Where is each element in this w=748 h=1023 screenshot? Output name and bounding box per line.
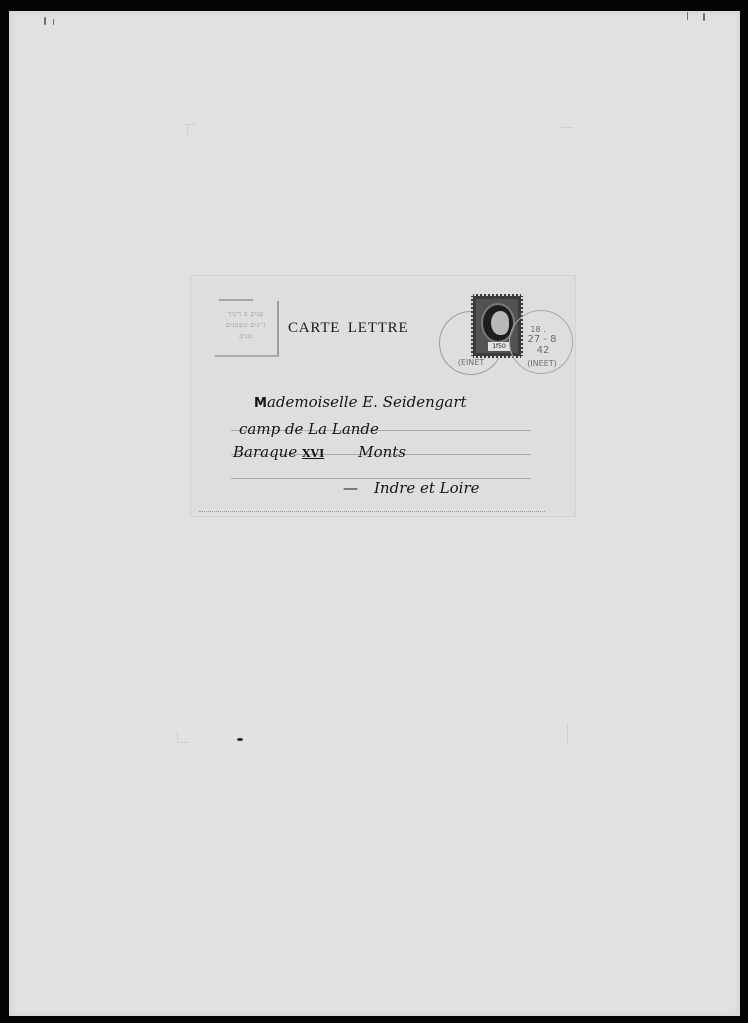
postmark-left-text: (EINET bbox=[446, 358, 496, 367]
postmark-right-bottom: (INEET) bbox=[514, 359, 570, 368]
address-barrack-number: XVI bbox=[302, 447, 324, 460]
address-dash: — bbox=[343, 479, 358, 497]
address-line-region: —Indre et Loire bbox=[343, 479, 480, 497]
address-line-barrack: Baraque XVIMonts bbox=[233, 443, 406, 461]
mount-corner-mark bbox=[561, 127, 573, 128]
postmark-right-year: 42 bbox=[528, 346, 558, 355]
address-recipient-name: ademoiselle E. Seidengart bbox=[267, 393, 467, 411]
document-page: שנים ס דיניך ג'ינים וגשמנים שנים CARTE L… bbox=[9, 11, 740, 1016]
address-barrack-prefix: Baraque bbox=[233, 443, 302, 461]
mount-corner-mark bbox=[187, 124, 188, 134]
scan-speck bbox=[703, 13, 705, 21]
scan-frame: שנים ס דיניך ג'ינים וגשמנים שנים CARTE L… bbox=[0, 0, 748, 1023]
address-line-camp: camp de La Lande bbox=[239, 420, 379, 438]
stamp-portrait-head bbox=[491, 311, 509, 335]
sender-stamp-line: ג'ינים וגשמנים bbox=[215, 320, 277, 331]
address-initial: M bbox=[254, 396, 267, 411]
card-title: CARTE LETTRE bbox=[288, 320, 408, 337]
mount-corner-mark bbox=[184, 124, 196, 125]
postmark-right-date: 27 - 8 bbox=[518, 335, 566, 344]
mount-corner-mark bbox=[567, 723, 568, 745]
scan-speck bbox=[687, 12, 688, 20]
sender-rubber-stamp: שנים ס דיניך ג'ינים וגשמנים שנים bbox=[215, 301, 279, 357]
mount-corner-mark bbox=[177, 742, 189, 743]
address-line-recipient: Mademoiselle E. Seidengart bbox=[254, 393, 467, 411]
sender-stamp-line: שנים bbox=[215, 331, 277, 342]
sender-stamp-line: שנים ס דיניך bbox=[215, 309, 277, 320]
card-perforation bbox=[199, 510, 545, 512]
address-town: Monts bbox=[358, 443, 406, 461]
stamp-value: 1f50 bbox=[488, 342, 510, 351]
postmark-right: 18 . 27 - 8 42 (INEET) bbox=[509, 310, 573, 374]
address-region: Indre et Loire bbox=[374, 479, 480, 497]
stamp-border-top bbox=[219, 299, 253, 301]
scan-speck bbox=[44, 17, 46, 25]
carte-lettre-card: שנים ס דיניך ג'ינים וגשמנים שנים CARTE L… bbox=[190, 275, 576, 517]
postmark-right-line1: 18 . bbox=[518, 325, 558, 334]
scan-speck bbox=[237, 738, 243, 741]
scan-speck bbox=[53, 19, 54, 25]
